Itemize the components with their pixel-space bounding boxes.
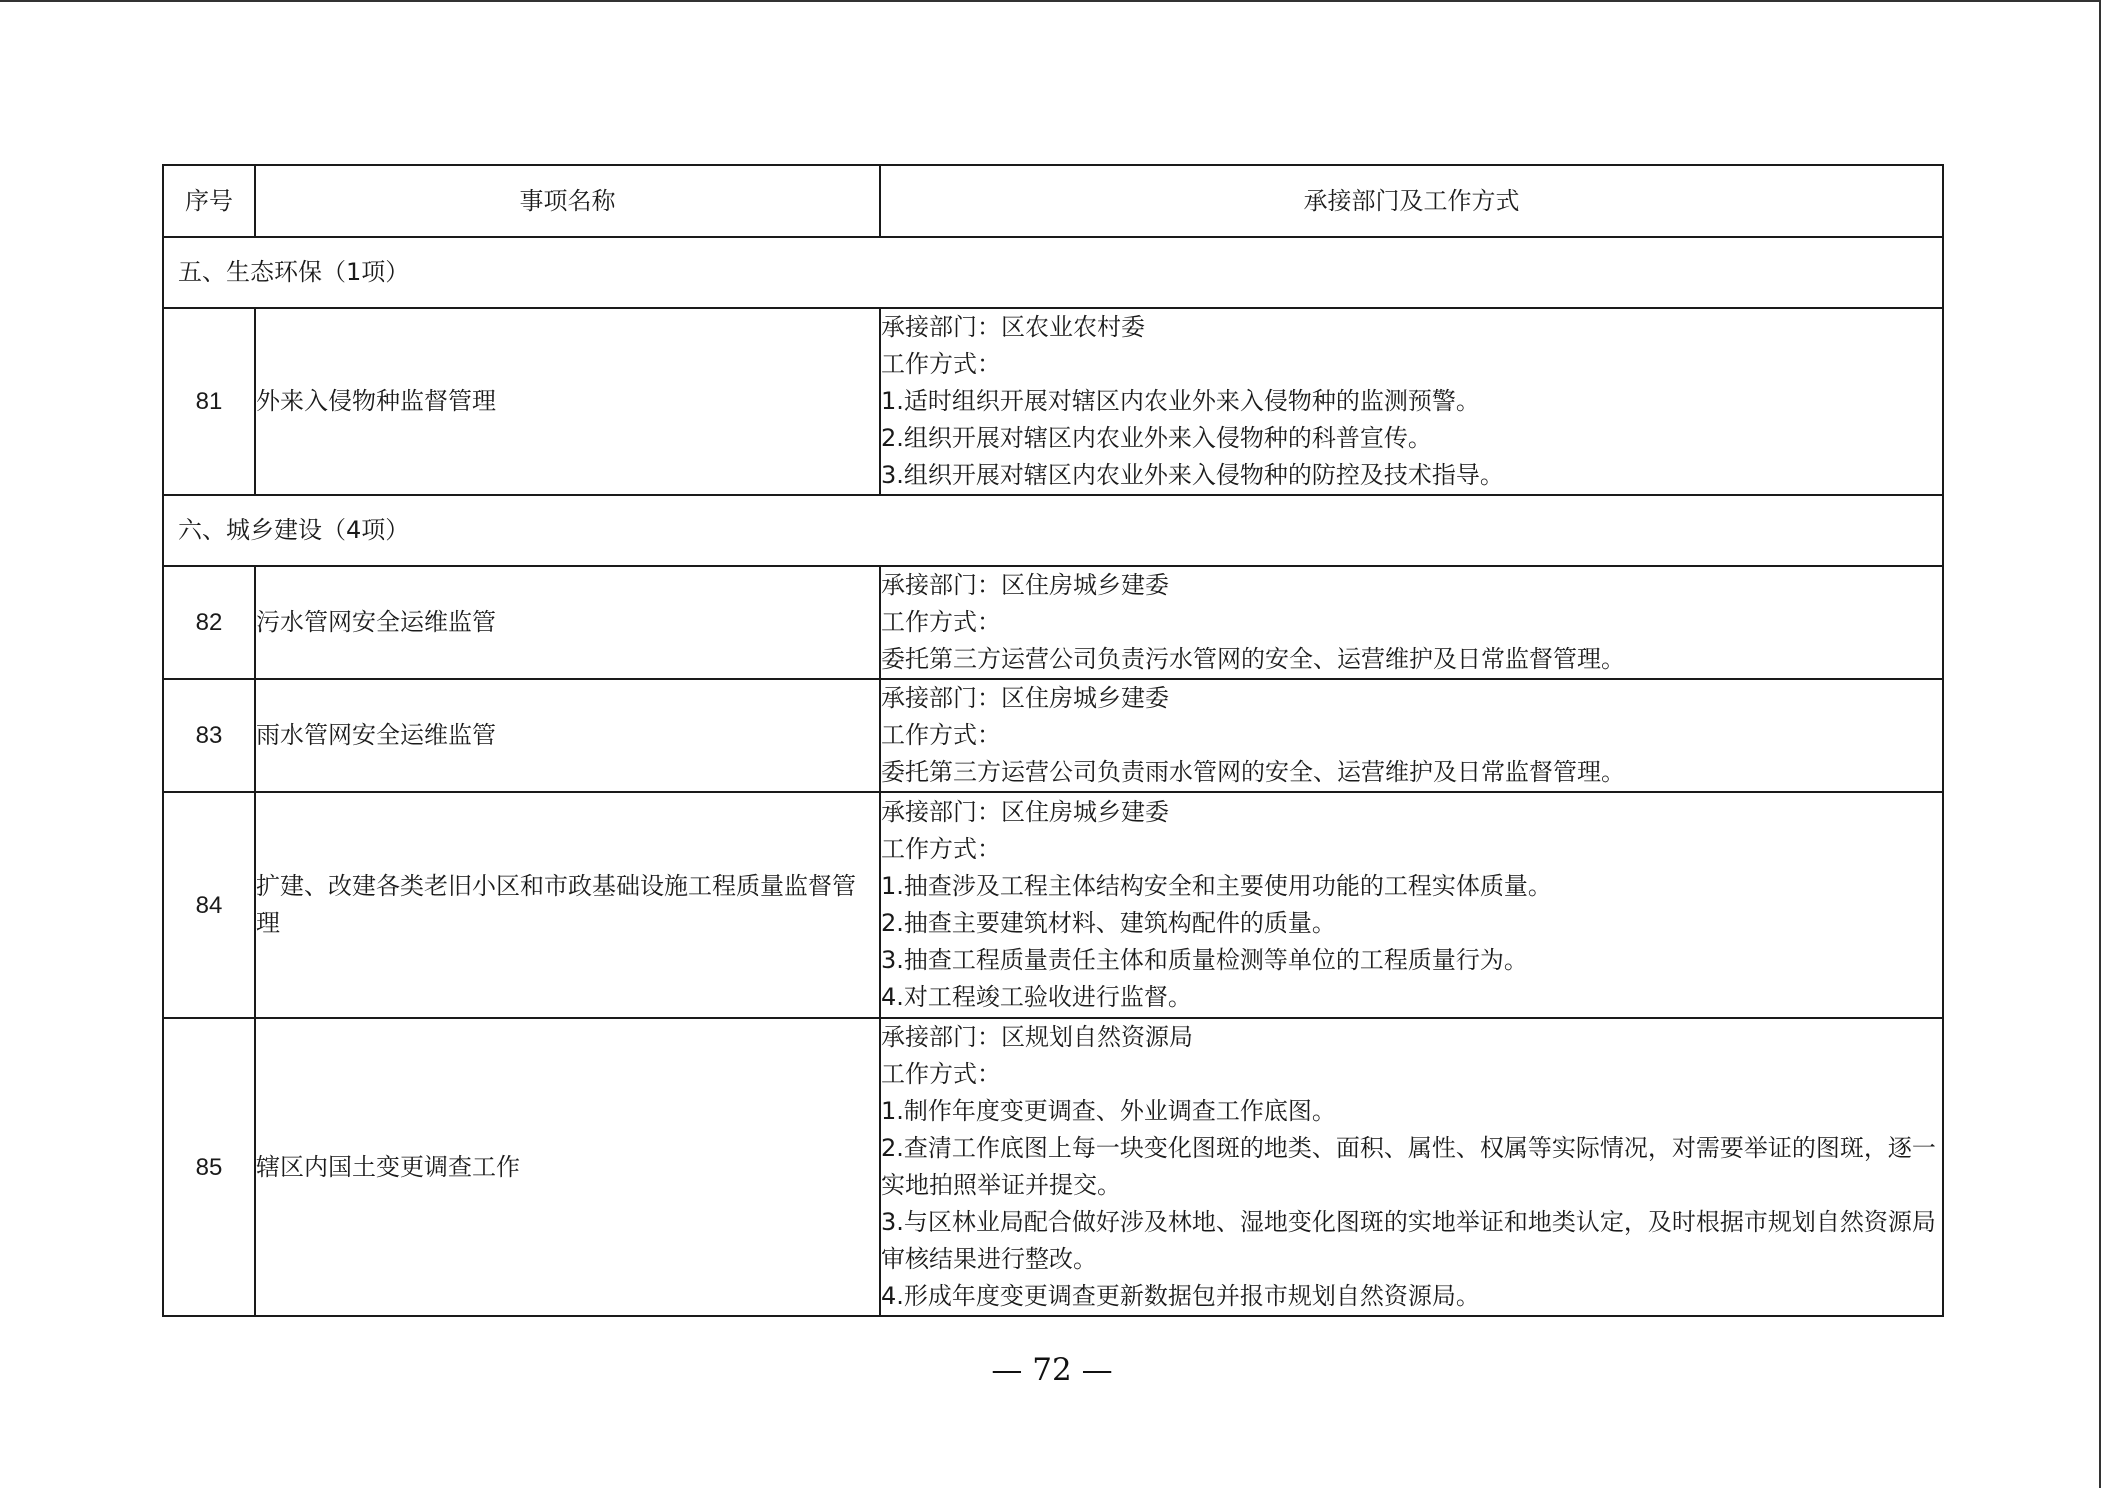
- method-line: 1.适时组织开展对辖区内农业外来入侵物种的监测预警。: [881, 383, 1942, 420]
- section-title: 六、城乡建设（4项）: [163, 495, 1943, 566]
- department: 承接部门：区住房城乡建委: [881, 567, 1942, 604]
- table-row: 82 污水管网安全运维监管 承接部门：区住房城乡建委 工作方式： 委托第三方运营…: [163, 566, 1943, 679]
- method-label: 工作方式：: [881, 717, 1942, 754]
- method-line: 4.对工程竣工验收进行监督。: [881, 979, 1942, 1016]
- table-row: 85 辖区内国土变更调查工作 承接部门：区规划自然资源局 工作方式： 1.制作年…: [163, 1018, 1943, 1316]
- department-and-method: 承接部门：区住房城乡建委 工作方式： 委托第三方运营公司负责污水管网的安全、运营…: [880, 566, 1943, 679]
- method-label: 工作方式：: [881, 1056, 1942, 1093]
- department-and-method: 承接部门：区住房城乡建委 工作方式： 1.抽查涉及工程主体结构安全和主要使用功能…: [880, 792, 1943, 1018]
- page-number: — 72 —: [0, 1352, 2104, 1388]
- header-matter-name: 事项名称: [255, 165, 880, 237]
- method-label: 工作方式：: [881, 346, 1942, 383]
- matters-table: 序号 事项名称 承接部门及工作方式 五、生态环保（1项） 81 外来入侵物种监督…: [162, 164, 1944, 1317]
- method-line: 2.查清工作底图上每一块变化图斑的地类、面积、属性、权属等实际情况，对需要举证的…: [881, 1130, 1942, 1204]
- header-serial-number: 序号: [163, 165, 255, 237]
- table-row: 84 扩建、改建各类老旧小区和市政基础设施工程质量监督管理 承接部门：区住房城乡…: [163, 792, 1943, 1018]
- method-line: 3.与区林业局配合做好涉及林地、湿地变化图斑的实地举证和地类认定，及时根据市规划…: [881, 1204, 1942, 1278]
- matter-name: 污水管网安全运维监管: [255, 566, 880, 679]
- section-row: 六、城乡建设（4项）: [163, 495, 1943, 566]
- row-number: 84: [163, 792, 255, 1018]
- method-line: 4.形成年度变更调查更新数据包并报市规划自然资源局。: [881, 1278, 1942, 1315]
- matter-name: 辖区内国土变更调查工作: [255, 1018, 880, 1316]
- row-number: 85: [163, 1018, 255, 1316]
- department: 承接部门：区住房城乡建委: [881, 794, 1942, 831]
- method-label: 工作方式：: [881, 604, 1942, 641]
- department-and-method: 承接部门：区住房城乡建委 工作方式： 委托第三方运营公司负责雨水管网的安全、运营…: [880, 679, 1943, 792]
- row-number: 83: [163, 679, 255, 792]
- department-and-method: 承接部门：区农业农村委 工作方式： 1.适时组织开展对辖区内农业外来入侵物种的监…: [880, 308, 1943, 495]
- method-line: 2.抽查主要建筑材料、建筑构配件的质量。: [881, 905, 1942, 942]
- method-line: 委托第三方运营公司负责雨水管网的安全、运营维护及日常监督管理。: [881, 754, 1942, 791]
- table-row: 81 外来入侵物种监督管理 承接部门：区农业农村委 工作方式： 1.适时组织开展…: [163, 308, 1943, 495]
- method-line: 3.组织开展对辖区内农业外来入侵物种的防控及技术指导。: [881, 457, 1942, 494]
- method-line: 委托第三方运营公司负责污水管网的安全、运营维护及日常监督管理。: [881, 641, 1942, 678]
- section-title: 五、生态环保（1项）: [163, 237, 1943, 308]
- method-line: 3.抽查工程质量责任主体和质量检测等单位的工程质量行为。: [881, 942, 1942, 979]
- header-department-and-method: 承接部门及工作方式: [880, 165, 1943, 237]
- table-header-row: 序号 事项名称 承接部门及工作方式: [163, 165, 1943, 237]
- department: 承接部门：区规划自然资源局: [881, 1019, 1942, 1056]
- matter-name: 扩建、改建各类老旧小区和市政基础设施工程质量监督管理: [255, 792, 880, 1018]
- department-and-method: 承接部门：区规划自然资源局 工作方式： 1.制作年度变更调查、外业调查工作底图。…: [880, 1018, 1943, 1316]
- matter-name: 外来入侵物种监督管理: [255, 308, 880, 495]
- method-label: 工作方式：: [881, 831, 1942, 868]
- row-number: 82: [163, 566, 255, 679]
- method-line: 1.抽查涉及工程主体结构安全和主要使用功能的工程实体质量。: [881, 868, 1942, 905]
- table-row: 83 雨水管网安全运维监管 承接部门：区住房城乡建委 工作方式： 委托第三方运营…: [163, 679, 1943, 792]
- department: 承接部门：区住房城乡建委: [881, 680, 1942, 717]
- method-line: 2.组织开展对辖区内农业外来入侵物种的科普宣传。: [881, 420, 1942, 457]
- method-line: 1.制作年度变更调查、外业调查工作底图。: [881, 1093, 1942, 1130]
- row-number: 81: [163, 308, 255, 495]
- department: 承接部门：区农业农村委: [881, 309, 1942, 346]
- section-row: 五、生态环保（1项）: [163, 237, 1943, 308]
- matter-name: 雨水管网安全运维监管: [255, 679, 880, 792]
